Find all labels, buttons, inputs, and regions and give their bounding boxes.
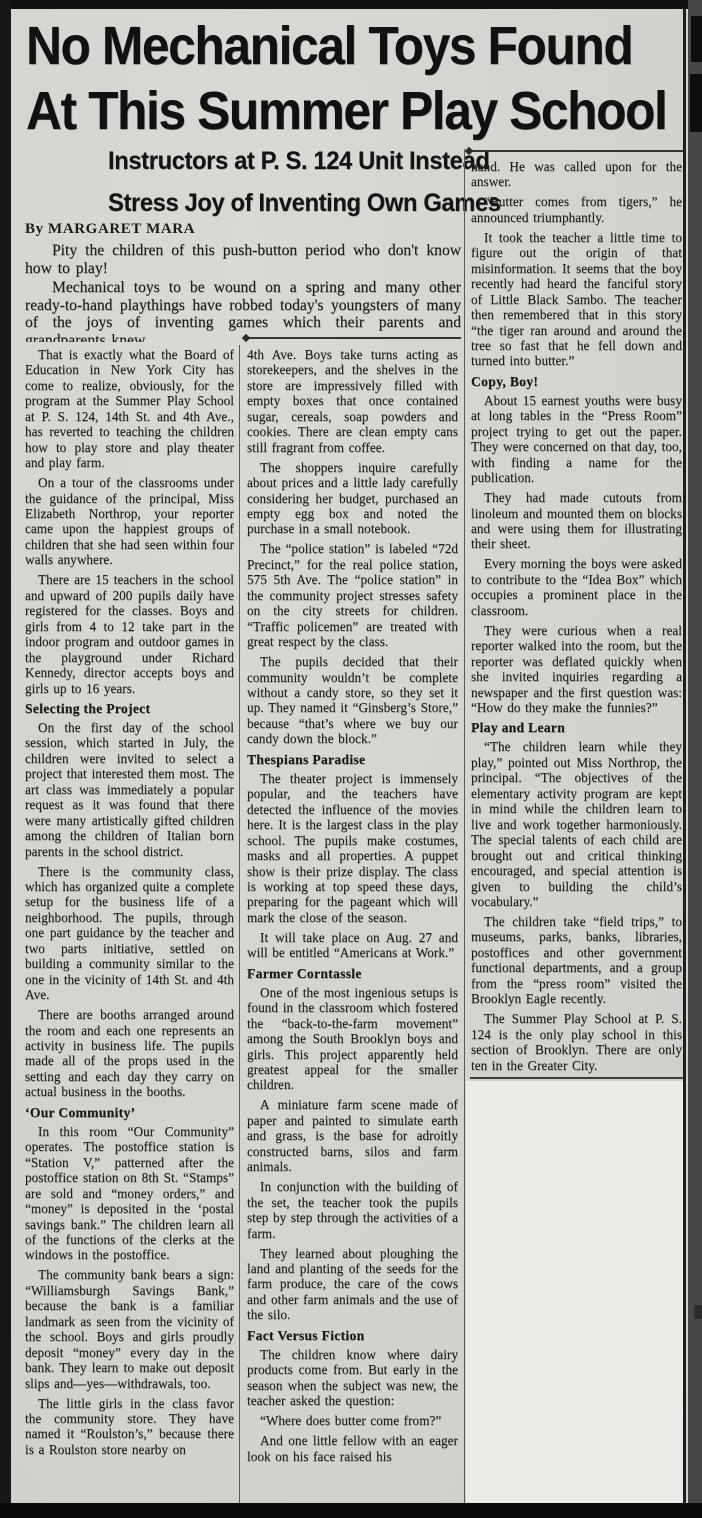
paragraph: It will take place on Aug. 27 and will b… [247,930,458,961]
paragraph: They had made cutouts from linoleum and … [471,490,682,552]
section-heading: Play and Learn [471,720,682,736]
paragraph: About 15 earnest youths were busy at lon… [471,393,682,486]
paragraph: A miniature farm scene made of paper and… [247,1097,458,1174]
paragraph: And one little fellow with an eager look… [247,1433,458,1464]
paragraph: The little girls in the class favor the … [25,1396,234,1458]
scanner-edge-strip [688,0,702,1518]
column-left: That is exactly what the Board of Educat… [25,347,234,1499]
paragraph: Pity the children of this push-button pe… [25,242,461,277]
divider-above-middle-column [245,337,461,339]
section-heading: Selecting the Project [25,701,234,717]
column-middle: 4th Ave. Boys take turns acting as store… [247,347,458,1499]
newspaper-clipping-scan: No Mechanical Toys Found At This Summer … [0,0,702,1518]
column-right: hand. He was called upon for the answer.… [471,159,682,1075]
paragraph: On a tour of the classrooms under the gu… [25,475,234,568]
article-headline: No Mechanical Toys Found At This Summer … [26,14,679,144]
paragraph: That is exactly what the Board of Educat… [25,347,234,471]
paragraph: It took the teacher a little time to fig… [471,230,682,369]
article-end-rule [470,1077,684,1079]
paragraph: The Summer Play School at P. S. 124 is t… [471,1011,682,1073]
paragraph: “The children learn while they play,” po… [471,739,682,909]
column-rule-middle-right [464,149,465,1503]
article-subhead: Instructors at P. S. 124 Unit Instead St… [108,140,507,224]
blank-scan-area [466,1081,683,1503]
cut-off-print-fragment [691,16,702,62]
lead-paragraphs: Pity the children of this push-button pe… [25,242,461,342]
paragraph: The community bank bears a sign: “Willia… [25,1267,234,1391]
paragraph: They were curious when a real reporter w… [471,623,682,716]
paragraph: The children take “field trips,” to muse… [471,914,682,1007]
paragraph: They learned about ploughing the land an… [247,1246,458,1323]
paragraph: “Where does butter come from?” [247,1413,458,1428]
subhead-line-1: Instructors at P. S. 124 Unit Instead [108,140,507,182]
paragraph: “Butter comes from tigers,” he announced… [471,194,682,225]
section-heading: ‘Our Community’ [25,1105,234,1121]
section-heading: Thespians Paradise [247,752,458,768]
cut-off-print-fragment [690,74,702,132]
cut-off-print-fragment [694,1305,702,1319]
subhead-line-2: Stress Joy of Inventing Own Games [108,182,507,224]
paragraph: In this room “Our Community” operates. T… [25,1124,234,1263]
section-heading: Copy, Boy! [471,374,682,390]
paragraph: There is the community class, which has … [25,864,234,1003]
paragraph: One of the most ingenious setups is foun… [247,985,458,1093]
paragraph: hand. He was called upon for the answer. [471,159,682,190]
clipping-border-bottom [0,1503,702,1518]
clipping-border-top [0,0,692,9]
paragraph: Every morning the boys were asked to con… [471,556,682,618]
paragraph: There are 15 teachers in the school and … [25,572,234,696]
paragraph: There are booths arranged around the roo… [25,1007,234,1100]
column-rule-left-middle [239,345,240,1503]
paragraph: Mechanical toys to be wound on a spring … [25,279,461,342]
clipping-border-left [0,0,11,1506]
paragraph: The shoppers inquire carefully about pri… [247,460,458,537]
byline: By MARGARET MARA [25,221,195,238]
paragraph: The theater project is immensely popular… [247,771,458,926]
paragraph: On the first day of the school session, … [25,720,234,859]
headline-line-2: At This Summer Play School [26,79,679,144]
paragraph: The “police station” is labeled “72d Pre… [247,541,458,649]
divider-above-right-column [468,150,683,152]
headline-line-1: No Mechanical Toys Found [26,14,679,79]
paragraph: In conjunction with the building of the … [247,1179,458,1241]
section-heading: Fact Versus Fiction [247,1328,458,1344]
paragraph: The pupils decided that their community … [247,654,458,747]
section-heading: Farmer Corntassle [247,966,458,982]
paragraph: 4th Ave. Boys take turns acting as store… [247,347,458,455]
paragraph: The children know where dairy products c… [247,1347,458,1409]
right-margin-rule [683,6,686,1503]
